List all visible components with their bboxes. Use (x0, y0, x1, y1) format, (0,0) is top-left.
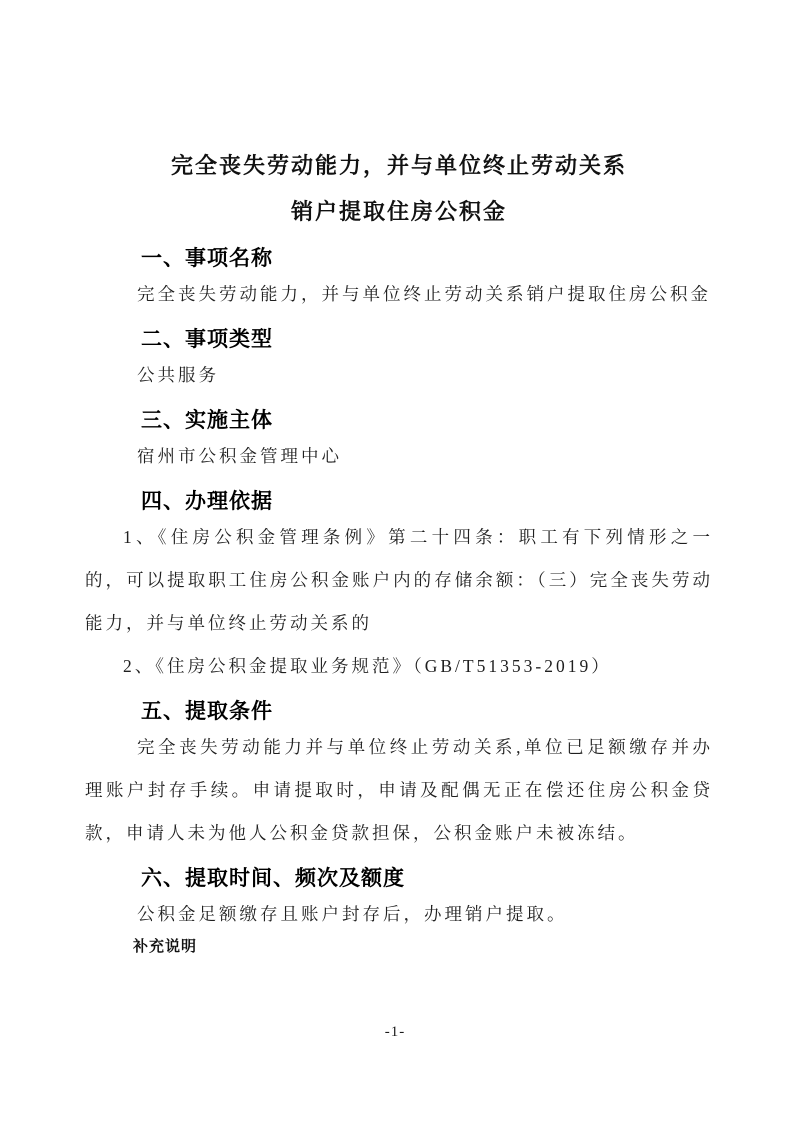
section-item-type: 二、事项类型 公共服务 (85, 326, 713, 397)
section-paragraph: 公共服务 (85, 354, 713, 397)
section-implementing-body: 三、实施主体 宿州市公积金管理中心 (85, 407, 713, 478)
section-paragraph: 公积金足额缴存且账户封存后，办理销户提取。 (85, 893, 713, 936)
section-heading-5: 五、提取条件 (85, 698, 713, 726)
section-heading-2: 二、事项类型 (85, 326, 713, 354)
document-title-line2: 销户提取住房公积金 (85, 189, 713, 235)
section-heading-3: 三、实施主体 (85, 407, 713, 435)
section-paragraph-numbered: 1、《住房公积金管理条例》第二十四条：职工有下列情形之一的，可以提取职工住房公积… (85, 516, 713, 645)
page-number-text: -1- (385, 1024, 406, 1040)
section-time-frequency-amount: 六、提取时间、频次及额度 公积金足额缴存且账户封存后，办理销户提取。 (85, 865, 713, 936)
section-heading-4: 四、办理依据 (85, 488, 713, 516)
section-paragraph-numbered: 2、《住房公积金提取业务规范》（GB/T51353-2019） (85, 645, 713, 688)
section-item-name: 一、事项名称 完全丧失劳动能力，并与单位终止劳动关系销户提取住房公积金 (85, 245, 713, 316)
document-page: 完全丧失劳动能力，并与单位终止劳动关系 销户提取住房公积金 一、事项名称 完全丧… (0, 0, 794, 1122)
document-title: 完全丧失劳动能力，并与单位终止劳动关系 销户提取住房公积金 (85, 143, 713, 235)
section-paragraph: 宿州市公积金管理中心 (85, 435, 713, 478)
section-legal-basis: 四、办理依据 1、《住房公积金管理条例》第二十四条：职工有下列情形之一的，可以提… (85, 488, 713, 688)
document-title-line1: 完全丧失劳动能力，并与单位终止劳动关系 (85, 143, 713, 189)
section-heading-6: 六、提取时间、频次及额度 (85, 865, 713, 893)
page-number: -1- (0, 1024, 790, 1041)
section-paragraph: 完全丧失劳动能力并与单位终止劳动关系,单位已足额缴存并办理账户封存手续。申请提取… (85, 726, 713, 855)
section-paragraph: 完全丧失劳动能力，并与单位终止劳动关系销户提取住房公积金 (85, 273, 713, 316)
supplement-note: 补充说明 (85, 936, 713, 958)
section-heading-1: 一、事项名称 (85, 245, 713, 273)
section-withdrawal-conditions: 五、提取条件 完全丧失劳动能力并与单位终止劳动关系,单位已足额缴存并办理账户封存… (85, 698, 713, 855)
